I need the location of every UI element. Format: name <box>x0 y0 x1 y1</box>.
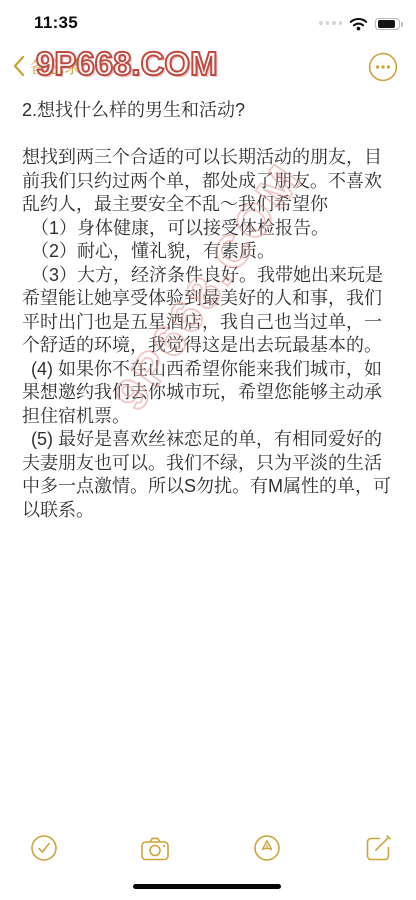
note-paragraph[interactable]: (5) 最好是喜欢丝袜恋足的单，有相同爱好的夫妻朋友也可以。我们不绿，只为平淡的… <box>22 428 392 522</box>
note-paragraph[interactable]: （2）耐心，懂礼貌，有素质。 <box>22 240 392 264</box>
note-editor[interactable]: 2.想找什么样的男生和活动? 想找到两三个合适的可以长期活动的朋友，目前我们只约… <box>22 99 392 814</box>
status-icons <box>319 17 400 31</box>
nav-bar: 备忘录 <box>0 44 416 90</box>
ellipsis-circle-icon <box>368 52 398 82</box>
status-time: 11:35 <box>34 13 78 33</box>
wifi-icon <box>349 17 368 31</box>
camera-icon <box>140 835 170 862</box>
home-indicator[interactable] <box>133 884 281 889</box>
checklist-button[interactable] <box>28 832 60 864</box>
note-paragraph[interactable]: （1）身体健康，可以接受体检报告。 <box>22 217 392 241</box>
check-circle-icon <box>30 834 58 862</box>
back-button[interactable]: 备忘录 <box>12 53 81 78</box>
status-bar: 11:35 <box>0 0 416 44</box>
camera-button[interactable] <box>139 832 171 864</box>
note-paragraph[interactable]: （3）大方，经济条件良好。我带她出来玩是希望能让她享受体验到最美好的人和事，我们… <box>22 264 392 358</box>
note-heading[interactable]: 2.想找什么样的男生和活动? <box>22 99 392 123</box>
cellular-signal-icon <box>319 21 342 27</box>
chevron-left-icon <box>12 55 25 77</box>
note-paragraph[interactable]: 想找到两三个合适的可以长期活动的朋友，目前我们只约过两个单，都处成了朋友。不喜欢… <box>22 146 392 217</box>
compose-icon <box>363 833 393 863</box>
markup-pen-icon <box>253 834 281 862</box>
bottom-toolbar <box>0 826 416 870</box>
note-paragraph[interactable]: (4) 如果你不在山西希望你能来我们城市，如果想邀约我们去你城市玩，希望您能够主… <box>22 358 392 429</box>
back-button-label: 备忘录 <box>30 53 81 78</box>
battery-icon <box>375 18 400 31</box>
markup-button[interactable] <box>251 832 283 864</box>
more-button[interactable] <box>368 52 398 82</box>
compose-button[interactable] <box>362 832 394 864</box>
